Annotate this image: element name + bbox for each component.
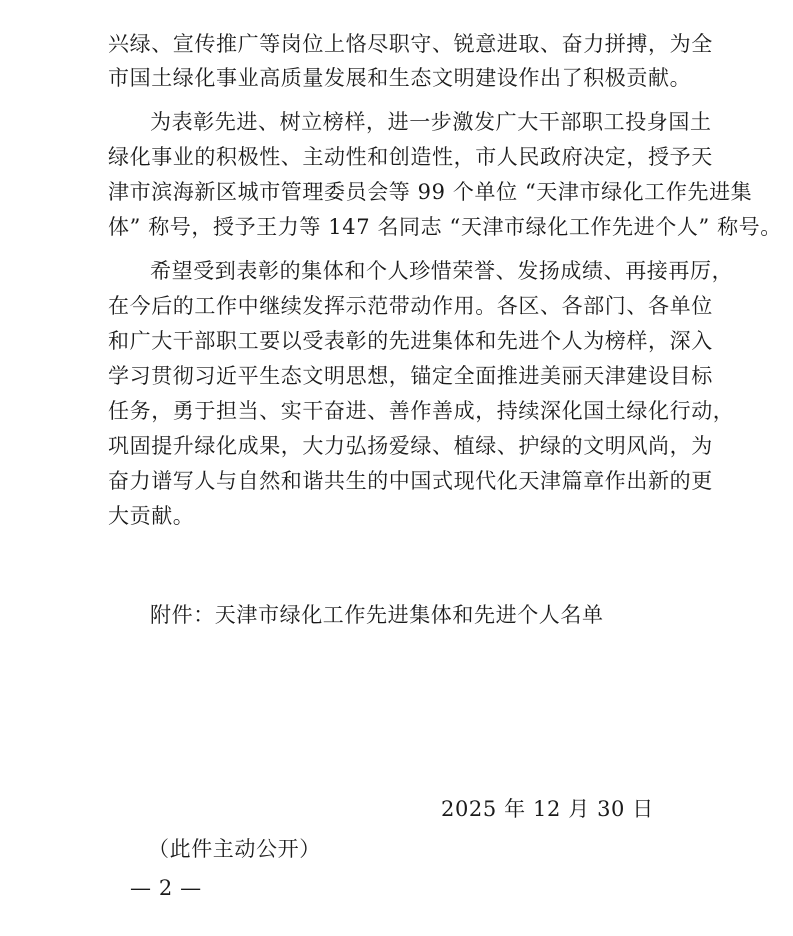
body-line: 绿化事业的积极性、主动性和创造性，市人民政府决定，授予天 xyxy=(108,145,713,169)
body-line: 和广大干部职工要以受表彰的先进集体和先进个人为榜样，深入 xyxy=(108,329,713,353)
body-line: 体” 称号，授予王力等 147 名同志 “天津市绿化工作先进个人” 称号。 xyxy=(108,215,782,239)
body-line: 学习贯彻习近平生态文明思想，锚定全面推进美丽天津建设目标 xyxy=(108,364,713,388)
body-line: 巩固提升绿化成果，大力弘扬爱绿、植绿、护绿的文明风尚，为 xyxy=(108,434,713,458)
body-line: 奋力谱写人与自然和谐共生的中国式现代化天津篇章作出新的更 xyxy=(108,469,713,493)
body-line: 任务，勇于担当、实干奋进、善作善成，持续深化国土绿化行动， xyxy=(108,399,734,423)
body-line: 希望受到表彰的集体和个人珍惜荣誉、发扬成绩、再接再厉， xyxy=(150,259,733,283)
body-line: 市国土绿化事业高质量发展和生态文明建设作出了积极贡献。 xyxy=(108,66,691,90)
disclosure-note: （此件主动公开） xyxy=(148,837,321,861)
attachment-note: 附件：天津市绿化工作先进集体和先进个人名单 xyxy=(150,603,604,627)
issue-date: 2025 年 12 月 30 日 xyxy=(441,797,654,821)
body-line: 为表彰先进、树立榜样，进一步激发广大干部职工投身国土 xyxy=(150,110,712,134)
body-line: 兴绿、宣传推广等岗位上恪尽职守、锐意进取、奋力拼搏，为全 xyxy=(108,32,713,56)
page-number: — 2 — xyxy=(130,876,202,900)
body-line: 在今后的工作中继续发挥示范带动作用。各区、各部门、各单位 xyxy=(108,294,713,318)
body-line: 大贡献。 xyxy=(108,504,194,528)
body-line: 津市滨海新区城市管理委员会等 99 个单位 “天津市绿化工作先进集 xyxy=(108,180,752,204)
